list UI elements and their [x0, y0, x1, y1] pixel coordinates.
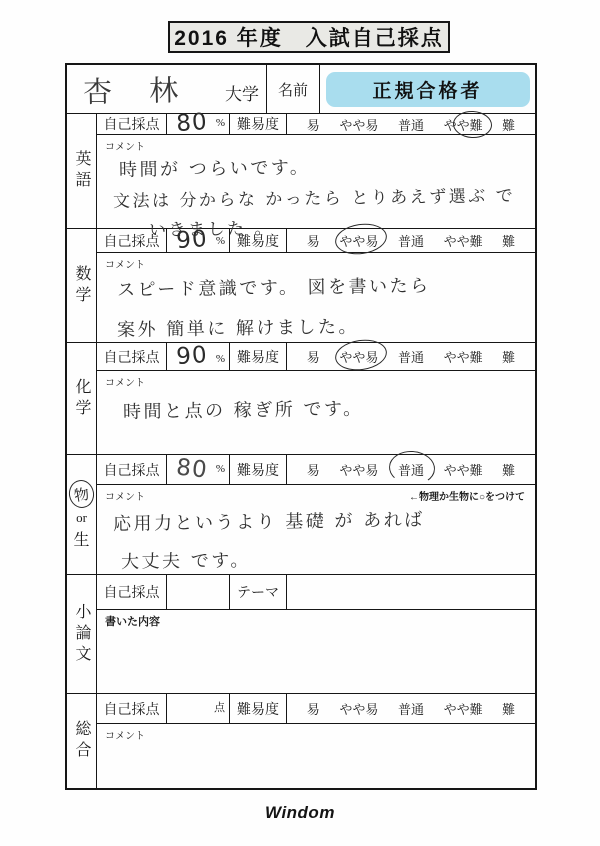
comment-area-physics-or-biology: コメント ←物理か生物に○をつけて 応用力というより 基礎 が あれば 大丈夫 … [97, 485, 535, 574]
self-score-label: 自己採点 [97, 455, 167, 484]
self-score-value-cell: 90 % [167, 229, 230, 252]
comment-label: コメント [105, 256, 527, 271]
self-score-value-cell-empty [167, 575, 230, 609]
difficulty-option-easy: 易 [307, 347, 320, 366]
name-label-cell: 名前 [267, 65, 320, 113]
difficulty-option-easy: 易 [307, 115, 320, 134]
subject-label-english: 英語 [67, 114, 97, 228]
difficulty-label: 難易度 [230, 343, 287, 370]
university-name-handwritten: 杏 林 [83, 68, 193, 111]
form-title: 2016 年度 入試自己採点 [168, 21, 450, 53]
handwritten-comment-line: 応用力というより 基礎 が あれば [113, 504, 527, 536]
self-score-label: 自己採点 [97, 575, 167, 609]
comment-label: コメント [105, 727, 527, 742]
self-score-value-cell: 90 % [167, 343, 230, 370]
comment-area-math: コメント スピード意識です。 図を書いたら 案外 簡単に 解けました。 [97, 253, 535, 342]
difficulty-options: 易 やや易 普通 やや難 難 [287, 694, 535, 723]
subject-label-chemistry: 化学 [67, 343, 97, 454]
difficulty-option-normal-circled: 普通 [398, 460, 424, 479]
comment-label: コメント [105, 374, 527, 389]
subject-biology-char: 生 [73, 527, 89, 550]
handwritten-score [166, 572, 218, 611]
difficulty-option-hard: 難 [502, 347, 515, 366]
difficulty-option-normal: 普通 [398, 699, 424, 718]
difficulty-option-easy: 易 [307, 699, 320, 718]
difficulty-option-somewhat-easy-circled: やや易 [339, 231, 378, 250]
theme-label: テーマ [230, 575, 287, 609]
comment-area-chemistry: コメント 時間と点の 稼ぎ所 です。 [97, 371, 535, 454]
comment-area-overall: コメント [97, 724, 535, 788]
score-unit: % [216, 463, 225, 475]
self-score-value-cell: 80 % [167, 455, 230, 484]
score-row-chemistry: 自己採点 90 % 難易度 易 やや易 普通 やや難 難 [97, 343, 535, 371]
difficulty-option-somewhat-hard: やや難 [444, 699, 483, 718]
score-unit: % [216, 235, 225, 247]
comment-area-english: コメント 時間が つらいです。 文法は 分からな かったら とりあえず選ぶ で … [97, 135, 535, 241]
handwritten-score: 80 [166, 111, 217, 136]
score-row-physics-or-biology: 自己採点 80 % 難易度 易 やや易 普通 やや難 難 [97, 455, 535, 485]
difficulty-label: 難易度 [230, 455, 287, 484]
subject-block-math: 数学 自己採点 90 % 難易度 易 やや易 普通 やや難 難 [67, 229, 535, 343]
difficulty-options: 易 やや易 普通 やや難 難 [287, 114, 535, 134]
subject-block-physics-or-biology: 物 or 生 自己採点 80 % 難易度 易 やや易 普通 やや難 [67, 455, 535, 575]
university-suffix-label: 大学 [225, 80, 259, 105]
handwritten-comment-line: スピード意識です。 図を書いたら [117, 271, 527, 303]
difficulty-option-somewhat-easy: やや易 [339, 699, 378, 718]
scanned-form-page: 2016 年度 入試自己採点 杏 林 大学 名前 正規合格者 英語 自己採点 8 [0, 0, 600, 846]
difficulty-option-hard: 難 [502, 460, 515, 479]
handwritten-comment-line: 時間と点の 稼ぎ所 です。 [123, 393, 527, 425]
difficulty-options: 易 やや易 普通 やや難 難 [287, 455, 535, 484]
written-content-area: 書いた内容 [97, 610, 535, 693]
handwritten-comment-line: 時間が つらいです。 [119, 151, 527, 183]
score-unit: % [216, 117, 225, 129]
written-content-label: 書いた内容 [105, 613, 527, 629]
subject-block-essay: 小論文 自己採点 テーマ 書いた内容 [67, 575, 535, 694]
difficulty-option-somewhat-hard-circled: やや難 [444, 115, 483, 134]
handwritten-score: 90 [166, 340, 218, 372]
handwritten-comment-line: 大丈夫 です。 [121, 542, 527, 574]
subject-label-essay: 小論文 [67, 575, 97, 693]
difficulty-option-somewhat-easy: やや易 [339, 460, 378, 479]
handwritten-score: 90 [166, 226, 218, 254]
self-score-label: 自己採点 [97, 343, 167, 370]
university-cell: 杏 林 大学 [67, 65, 267, 113]
score-unit: 点 [214, 699, 225, 715]
score-row-english: 自己採点 80 % 難易度 易 やや易 普通 やや難 難 [97, 114, 535, 135]
score-unit: % [216, 353, 225, 365]
circled-subject-physics: 物 [67, 478, 96, 510]
score-form-table: 杏 林 大学 名前 正規合格者 英語 自己採点 80 % 難易度 [65, 63, 537, 790]
difficulty-option-somewhat-easy: やや易 [339, 115, 378, 134]
difficulty-option-somewhat-hard: やや難 [444, 347, 483, 366]
difficulty-option-hard: 難 [502, 115, 515, 134]
result-cell: 正規合格者 [320, 65, 535, 113]
difficulty-option-normal: 普通 [398, 231, 424, 250]
score-row-essay: 自己採点 テーマ [97, 575, 535, 610]
difficulty-label: 難易度 [230, 694, 287, 723]
difficulty-option-somewhat-easy-circled: やや易 [339, 347, 378, 366]
difficulty-options: 易 やや易 普通 やや難 難 [287, 343, 535, 370]
self-score-label: 自己採点 [97, 694, 167, 723]
difficulty-label: 難易度 [230, 114, 287, 134]
difficulty-option-hard: 難 [502, 231, 515, 250]
difficulty-option-somewhat-hard: やや難 [444, 460, 483, 479]
self-score-value-cell-empty: 点 [167, 694, 230, 723]
handwritten-comment-line: 案外 簡単に 解けました。 [117, 311, 527, 343]
difficulty-option-somewhat-hard: やや難 [444, 231, 483, 250]
difficulty-option-normal: 普通 [398, 347, 424, 366]
difficulty-option-hard: 難 [502, 699, 515, 718]
handwritten-score [166, 690, 218, 724]
windom-logo: Windom [0, 803, 600, 823]
subject-label-overall: 総合 [67, 694, 97, 788]
physics-biology-circle-note: ←物理か生物に○をつけて [409, 488, 525, 503]
subject-block-english: 英語 自己採点 80 % 難易度 易 やや易 普通 やや難 難 [67, 114, 535, 229]
score-row-overall: 自己採点 点 難易度 易 やや易 普通 やや難 難 [97, 694, 535, 724]
self-score-label: 自己採点 [97, 114, 167, 134]
subject-block-overall: 総合 自己採点 点 難易度 易 やや易 普通 やや難 難 [67, 694, 535, 788]
handwritten-comment-line: 文法は 分からな かったら とりあえず選ぶ で [113, 182, 527, 213]
subject-label-math: 数学 [67, 229, 97, 342]
handwritten-score: 80 [166, 451, 219, 487]
university-header-row: 杏 林 大学 名前 正規合格者 [67, 65, 535, 114]
difficulty-option-normal: 普通 [398, 115, 424, 134]
self-score-value-cell: 80 % [167, 114, 230, 134]
result-badge: 正規合格者 [326, 72, 530, 107]
or-label: or [76, 510, 87, 526]
subject-label-physics-or-biology: 物 or 生 [67, 455, 97, 574]
subject-block-chemistry: 化学 自己採点 90 % 難易度 易 やや易 普通 やや難 難 [67, 343, 535, 455]
difficulty-option-easy: 易 [307, 460, 320, 479]
difficulty-option-easy: 易 [307, 231, 320, 250]
theme-value-cell [287, 575, 535, 609]
